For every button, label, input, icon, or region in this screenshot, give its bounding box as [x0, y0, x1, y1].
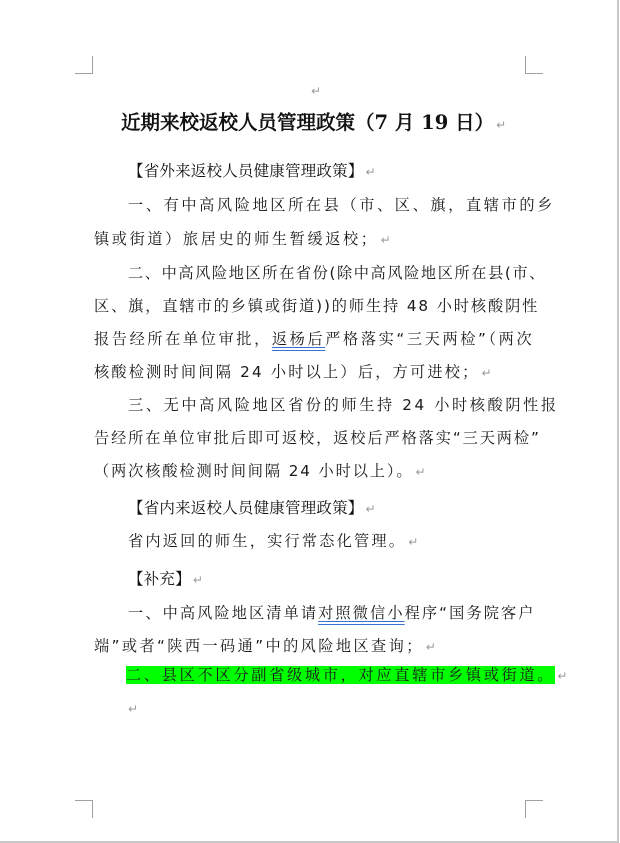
- page-title-text: 近期来校返校人员管理政策（7 月 19 日）: [121, 111, 494, 134]
- line-text: 核酸检测时间间隔 24 小时以上）后，方可进校；: [94, 363, 480, 381]
- page-title[interactable]: 近期来校返校人员管理政策（7 月 19 日）↵: [121, 109, 506, 139]
- line-text: 镇或街道）旅居史的师生暂缓返校；: [94, 230, 379, 248]
- section-heading-in-province[interactable]: 【省内来返校人员健康管理政策】↵: [128, 498, 376, 519]
- section-heading-text: 【补充】: [128, 570, 191, 588]
- policy-item-3-line-3[interactable]: （两次核酸检测时间间隔 24 小时以上）。↵: [94, 461, 427, 482]
- section-heading-text: 【省外来返校人员健康管理政策】: [128, 162, 364, 180]
- empty-paragraph[interactable]: ↵: [309, 80, 324, 101]
- paragraph-mark-icon: ↵: [415, 465, 427, 479]
- supplement-item-1-line-2[interactable]: 端”或者“陕西一码通”中的风险地区查询；↵: [94, 636, 438, 657]
- line-text: （两次核酸检测时间间隔 24 小时以上）。: [94, 462, 413, 480]
- document-page[interactable]: ↵ 近期来校返校人员管理政策（7 月 19 日）↵ 【省外来返校人员健康管理政策…: [0, 0, 619, 843]
- line-text: 省内返回的师生，实行常态化管理。: [128, 532, 406, 550]
- policy-item-3-line-1[interactable]: 三、无中高风险地区省份的师生持 24 小时核酸阴性报: [128, 395, 559, 415]
- policy-item-3-line-2[interactable]: 告经所在单位审批后即可返校，返校后严格落实“三天两检”: [94, 428, 541, 448]
- paragraph-mark-icon: ↵: [366, 502, 376, 516]
- paragraph-mark-icon: ↵: [366, 165, 376, 179]
- empty-paragraph[interactable]: ↵: [126, 698, 141, 719]
- paragraph-mark-icon: ↵: [311, 84, 324, 98]
- paragraph-mark-icon: ↵: [496, 118, 506, 132]
- policy-item-2-line-4[interactable]: 核酸检测时间间隔 24 小时以上）后，方可进校；↵: [94, 362, 494, 383]
- line-text: 程序“国务院客户: [405, 604, 536, 622]
- supplement-item-1-line-1[interactable]: 一、中高风险地区清单请对照微信小程序“国务院客户: [128, 603, 536, 623]
- crop-mark-bottom-left: [75, 800, 93, 818]
- paragraph-mark-icon: ↵: [128, 702, 141, 716]
- paragraph-mark-icon: ↵: [381, 233, 394, 247]
- crop-mark-top-left: [75, 56, 93, 74]
- policy-item-2-line-3[interactable]: 报告经所在单位审批，返杨后严格落实“三天两检”（两次: [94, 329, 534, 349]
- section-heading-out-of-province[interactable]: 【省外来返校人员健康管理政策】↵: [128, 161, 376, 182]
- paragraph-mark-icon: ↵: [557, 669, 570, 683]
- supplement-item-2-line-1[interactable]: 二、县区不区分副省级城市，对应直辖市乡镇或街道。↵: [126, 665, 570, 686]
- section-heading-text: 【省内来返校人员健康管理政策】: [128, 499, 364, 517]
- paragraph-mark-icon: ↵: [426, 640, 438, 654]
- crop-mark-top-right: [525, 56, 543, 74]
- highlighted-text[interactable]: 二、县区不区分副省级城市，对应直辖市乡镇或街道。: [126, 666, 555, 684]
- grammar-flagged-text[interactable]: 返杨后: [272, 330, 325, 348]
- paragraph-mark-icon: ↵: [482, 366, 494, 380]
- line-text: 一、中高风险地区清单请: [128, 604, 318, 622]
- line-text: 端”或者“陕西一码通”中的风险地区查询；: [94, 637, 424, 655]
- policy-item-2-line-2[interactable]: 区、旗，直辖市的乡镇或街道))的师生持 48 小时核酸阴性: [94, 296, 539, 316]
- grammar-flagged-text[interactable]: 对照微信小: [318, 604, 404, 622]
- policy-item-2-line-1[interactable]: 二、中高风险地区所在省份(除中高风险地区所在县(市、: [128, 263, 546, 283]
- crop-mark-bottom-right: [525, 800, 543, 818]
- section-heading-supplement[interactable]: 【补充】↵: [128, 569, 203, 590]
- policy-item-1-line-1[interactable]: 一、有中高风险地区所在县（市、区、旗，直辖市的乡: [128, 195, 555, 215]
- policy-item-1-line-2[interactable]: 镇或街道）旅居史的师生暂缓返校；↵: [94, 229, 393, 250]
- paragraph-mark-icon: ↵: [193, 573, 203, 587]
- line-text: 报告经所在单位审批，: [94, 330, 272, 348]
- line-text: 严格落实“三天两检”（两次: [325, 330, 534, 348]
- in-province-policy-line[interactable]: 省内返回的师生，实行常态化管理。↵: [128, 531, 420, 552]
- paragraph-mark-icon: ↵: [408, 535, 420, 549]
